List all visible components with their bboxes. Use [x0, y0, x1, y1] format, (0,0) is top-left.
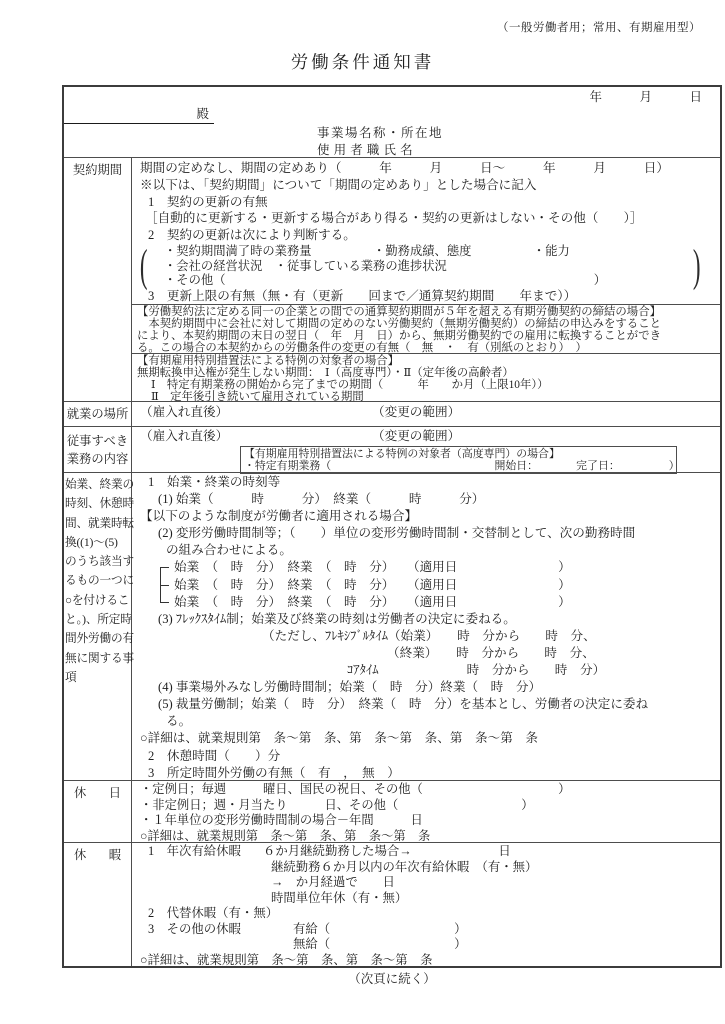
work-hours-label-line: 始業、終業の	[65, 475, 130, 494]
annual-paid-leave-label: 1 年次有給休暇	[148, 844, 263, 860]
work-hours-label-line: 項	[65, 668, 130, 687]
other-leave-unpaid: 無給（ ）	[293, 937, 466, 951]
form-header-cell: 年 月 日 殿 事業場名称・所在地 使 用 者 職 氏 名	[64, 87, 720, 157]
other-leave-unpaid-line: 無給（ ）	[285, 937, 716, 953]
annual-variable-holiday-line: ・１年単位の変形労働時間制の場合－年間 日	[140, 813, 716, 829]
row-label-work-hours: 始業、終業の 時刻、休憩時 間、就業時転 換((1)～(5) のうち該当す るも…	[64, 472, 132, 780]
work-hours-label-line: るもの一つに	[65, 571, 130, 590]
recipient-honorific: 殿	[196, 107, 209, 121]
labor-contract-act-block: 【労働契約法に定める同一の企業との間での通算契約期間が５年を超える有期労働契約の…	[132, 304, 720, 353]
labor-contract-act-body-1: 本契約期間中に会社に対して期間の定めのない労働契約（無期労働契約）の締結の申込み…	[137, 318, 716, 330]
left-brace-glyph: (	[140, 257, 148, 274]
date-line: 年 月 日	[64, 90, 720, 106]
labor-contract-act-body-2: により、本契約期間の末日の翌日（ 年 月 日）から、無期労働契約での雇用に転換す…	[137, 330, 716, 342]
substitute-leave-line: 2 代替休暇（有・無）	[148, 906, 716, 922]
irregular-holiday-line: ・非定例日；週・月当たり 日、その他（ ）	[140, 798, 716, 814]
holidays-label-left: 休	[74, 784, 86, 802]
work-hours-content: 1 始業・終業の時刻等 (1) 始業（ 時 分） 終業（ 時 分） 【以下のよう…	[132, 472, 720, 780]
start-end-time-item-1: (1) 始業（ 時 分） 終業（ 時 分）	[158, 491, 716, 508]
work-hours-label-line: のうち該当す	[65, 552, 130, 571]
workplace-name-address-label: 事業場名称・所在地	[64, 125, 720, 142]
work-location-scope: （変更の範囲）	[372, 403, 460, 421]
other-leave-label: 3 その他の休暇	[148, 922, 293, 938]
shift-pattern-rows: 始業 （ 時 分） 終業 （ 時 分） （適用日 ） 始業 （ 時 分） 終業 …	[140, 559, 716, 610]
work-hours-details-line: ○詳細は、就業規則第 条～第 条、第 条～第 条、第 条～第 条	[140, 730, 716, 747]
form-table: 年 月 日 殿 事業場名称・所在地 使 用 者 職 氏 名 契約期間 期間の定め…	[62, 85, 722, 968]
labor-conditions-notice-page: （一般労働者用；常用、有期雇用型） 労働条件通知書 年 月 日 殿 事業場名称・…	[0, 0, 725, 1024]
shift-pattern-row-2: 始業 （ 時 分） 終業 （ 時 分） （適用日 ）	[140, 577, 716, 594]
row-label-work-location: 就業の場所	[64, 401, 132, 426]
work-hours-label-line: 時刻、休憩時	[65, 494, 130, 513]
job-duties-scope: （変更の範囲）	[372, 428, 460, 445]
job-duties-immediate: （雇入れ直後）	[140, 428, 372, 445]
criteria-bullet-1: ・契約期間満了時の業務量 ・勤務成績、態度 ・能力	[164, 244, 694, 259]
work-location-label-text: 就業の場所	[66, 405, 129, 423]
renewal-existence-line: 1 契約の更新の有無	[148, 194, 716, 211]
work-hours-label-line: ○を付けるこ	[65, 591, 130, 610]
contract-period-main: 期間の定めなし、期間の定めあり（ 年 月 日～ 年 月 日） ※以下は、「契約期…	[132, 158, 720, 304]
variable-hours-line-2: の組み合わせによる。	[166, 542, 716, 559]
job-duties-content: （雇入れ直後） （変更の範囲） 【有期雇用特別措置法による特例の対象者（高度専門…	[132, 426, 720, 472]
renewal-criteria-bullets: ( ) ・契約期間満了時の業務量 ・勤務成績、態度 ・能力 ・会社の経営状況 ・…	[156, 244, 694, 288]
contract-period-content: 期間の定めなし、期間の定めあり（ 年 月 日～ 年 月 日） ※以下は、「契約期…	[132, 157, 720, 401]
continued-next-page-note: （次頁に続く）	[62, 969, 722, 987]
special-case-box-title: 【有期雇用特別措置法による特例の対象者（高度専門）の場合】	[244, 448, 673, 460]
row-label-leave: 休 暇	[64, 842, 132, 966]
flextime-detail-start: （ただし、ﾌﾚｷｼﾌﾞﾙﾀｲﾑ（始業） 時 分から 時 分、	[262, 628, 716, 645]
annual-paid-leave-sub-2: → か月経過で 日	[271, 875, 716, 891]
job-duties-label-line-2: 業務の内容	[66, 450, 129, 468]
variable-hours-line-1: (2) 変形労働時間制等；（ ）単位の変形労働時間制・交替制として、次の勤務時間	[158, 525, 716, 542]
recipient-name-blank: 殿	[64, 106, 214, 124]
criteria-other-close: ）	[594, 273, 606, 288]
leave-details-line: ○詳細は、就業規則第 条～第 条、第 条～第 条	[140, 953, 716, 969]
recipient-line: 殿	[64, 106, 720, 125]
work-hours-label-line: 無に関する事	[65, 649, 130, 668]
annual-paid-leave-line: 1 年次有給休暇 ６か月継続勤務した場合→ 日	[148, 844, 716, 860]
work-hours-label-line: 換((1)～(5)	[65, 533, 130, 552]
discretionary-work-line-2: る。	[166, 713, 716, 730]
page-title: 労働条件通知書	[0, 49, 725, 74]
flextime-detail-core: ｺｱﾀｲﾑ 時 分から 時 分）	[347, 662, 716, 679]
holidays-label-right: 日	[109, 784, 121, 802]
annual-paid-leave-rest: ６か月継続勤務した場合→ 日	[263, 844, 511, 860]
row-label-holidays: 休 日	[64, 780, 132, 842]
work-hours-label-line: 間外労働の有	[65, 629, 130, 648]
discretionary-work-line-1: (5) 裁量労働制；始業（ 時 分） 終業（ 時 分）を基本とし、労働者の決定に…	[158, 696, 716, 713]
form-type-note: （一般労働者用；常用、有期雇用型）	[497, 19, 701, 35]
criteria-other-open: ・その他（	[164, 273, 226, 288]
annual-paid-leave-sub-1: 継続勤務６か月以内の年次有給休暇 （有・無）	[271, 860, 716, 876]
deemed-hours-line: (4) 事業場外みなし労働時間制；始業（ 時 分）終業（ 時 分）	[158, 679, 716, 696]
special-measures-body-2: Ⅰ 特定有期業務の開始から完了までの期間（ 年 か月（上限10年））	[151, 379, 716, 391]
term-note-line: ※以下は、「契約期間」について「期間の定めあり」とした場合に記入	[140, 177, 716, 194]
renewal-options-line: ［自動的に更新する・更新する場合があり得る・契約の更新はしない・その他（ ）］	[145, 210, 716, 227]
holidays-content: ・定例日；毎週 曜日、国民の祝日、その他（ ） ・非定例日；週・月当たり 日、そ…	[132, 780, 720, 842]
applicable-systems-heading: 【以下のような制度が労働者に適用される場合】	[140, 508, 716, 525]
work-hours-label-line: 間、就業時転	[65, 514, 130, 533]
labor-contract-act-title: 【労働契約法に定める同一の企業との間での通算契約期間が５年を超える有期労働契約の…	[137, 306, 716, 318]
fixed-term-special-case-box: 【有期雇用特別措置法による特例の対象者（高度専門）の場合】 ・特定有期業務（ 開…	[240, 446, 677, 474]
work-location-pair: （雇入れ直後） （変更の範囲）	[140, 403, 716, 421]
flextime-line: (3) ﾌﾚｯｸｽﾀｲﾑ制；始業及び終業の時刻は労働者の決定に委ねる。	[158, 611, 716, 628]
break-time-line: 2 休憩時間（ ）分	[148, 748, 716, 765]
flextime-detail-end: （終業） 時 分から 時 分、	[387, 645, 716, 662]
term-defined-line: 期間の定めなし、期間の定めあり（ 年 月 日～ 年 月 日）	[140, 160, 716, 177]
shift-pattern-row-1: 始業 （ 時 分） 終業 （ 時 分） （適用日 ）	[140, 559, 716, 576]
work-location-content: （雇入れ直後） （変更の範囲）	[132, 401, 720, 421]
special-case-box-line: ・特定有期業務（ 開始日： 完了日： ）	[244, 460, 673, 472]
work-location-immediate: （雇入れ直後）	[140, 403, 372, 421]
work-hours-label-line: と。)、所定時	[65, 610, 130, 629]
job-duties-pair: （雇入れ直後） （変更の範囲）	[140, 428, 716, 445]
shift-pattern-row-3: 始業 （ 時 分） 終業 （ 時 分） （適用日 ）	[140, 594, 716, 611]
special-measures-title: 【有期雇用特別措置法による特例の対象者の場合】	[137, 355, 716, 367]
special-measures-body-1: 無期転換申込権が発生しない期間： Ⅰ（高度専門）・Ⅱ（定年後の高齢者）	[137, 367, 716, 379]
criteria-bullet-3: ・その他（ ）	[164, 273, 694, 288]
regular-holiday-line: ・定例日；毎週 曜日、国民の祝日、その他（ ）	[140, 782, 716, 798]
annual-paid-leave-sub-3: 時間単位年休（有・無）	[271, 891, 716, 907]
criteria-bullet-2: ・会社の経営状況 ・従事している業務の進捗状況	[164, 259, 694, 274]
leave-label-right: 暇	[109, 846, 121, 864]
other-leave-line: 3 その他の休暇 有給（ ）	[148, 922, 716, 938]
leave-content: 1 年次有給休暇 ６か月継続勤務した場合→ 日 継続勤務６か月以内の年次有給休暇…	[132, 842, 720, 966]
other-leave-paid: 有給（ ）	[293, 922, 466, 938]
special-measures-act-block: 【有期雇用特別措置法による特例の対象者の場合】 無期転換申込権が発生しない期間：…	[132, 353, 720, 401]
right-brace-glyph: )	[693, 257, 701, 274]
leave-label-left: 休	[74, 846, 86, 864]
renewal-criteria-line: 2 契約の更新は次により判断する。	[148, 227, 716, 244]
row-label-job-duties: 従事すべき 業務の内容	[64, 426, 132, 472]
row-label-contract-period: 契約期間	[64, 157, 132, 401]
renewal-limit-line: 3 更新上限の有無（無・有（更新 回まで／通算契約期間 年まで））	[148, 288, 716, 305]
start-end-time-heading: 1 始業・終業の時刻等	[148, 474, 716, 491]
job-duties-label-line-1: 従事すべき	[66, 432, 129, 450]
